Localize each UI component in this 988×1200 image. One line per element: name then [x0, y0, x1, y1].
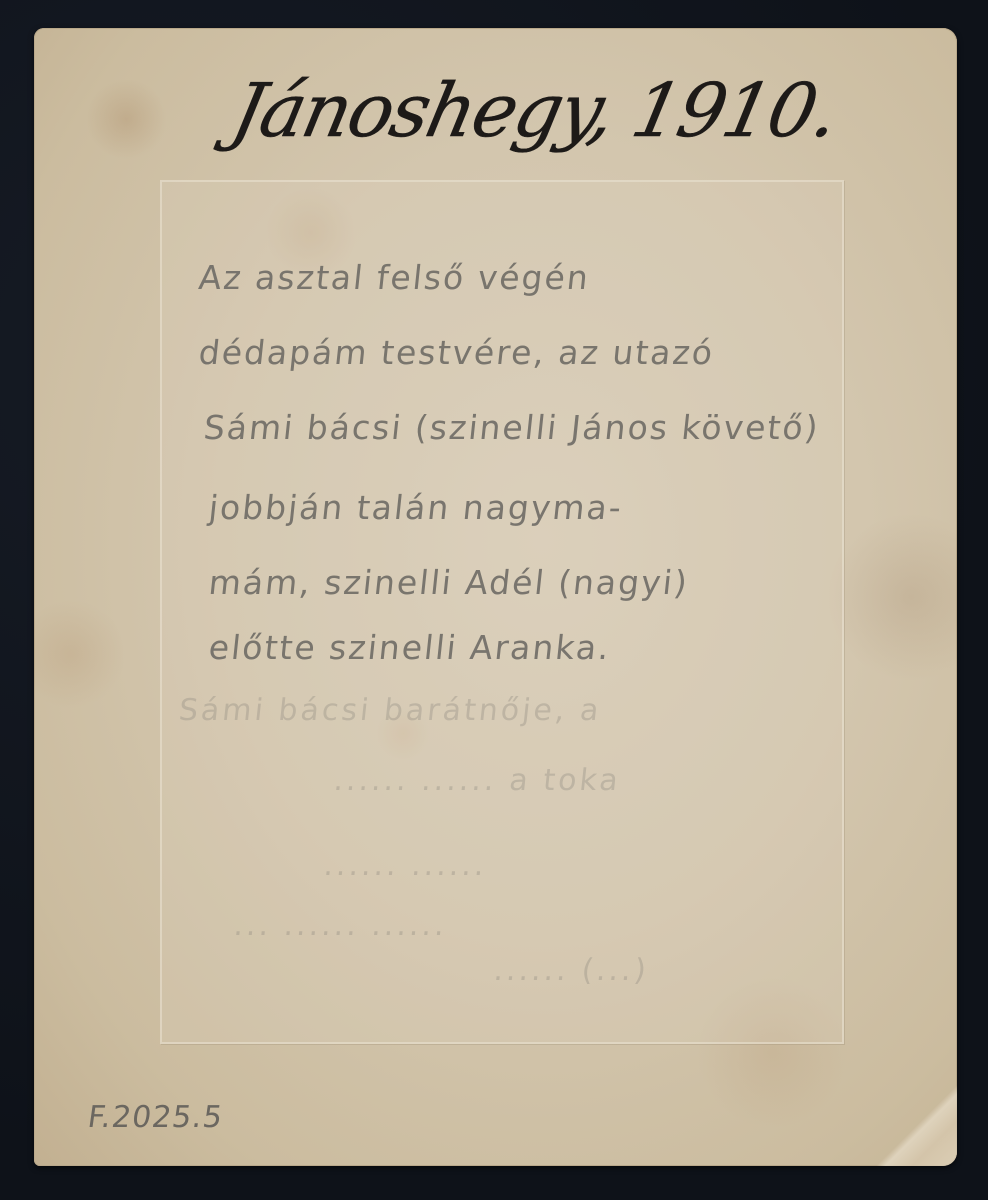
erased-note-line: ...... ...... — [322, 848, 489, 883]
worn-corner — [867, 1076, 957, 1166]
pencil-note-line: előtte szinelli Aranka. — [207, 628, 613, 667]
pencil-note-line: mám, szinelli Adél (nagyi) — [207, 563, 691, 602]
inventory-number: F.2025.5 — [86, 1100, 226, 1135]
ink-inscription: Jánoshegy, 1910. — [225, 68, 845, 154]
erased-note-line: ... ...... ...... — [232, 908, 449, 943]
pencil-note-line: dédapám testvére, az utazó — [197, 333, 716, 372]
pencil-note-line: Sámi bácsi (szinelli János követő) — [202, 408, 822, 447]
photo-card-back: Jánoshegy, 1910. Az asztal felső végén d… — [34, 28, 957, 1166]
erased-note-line: ...... ...... a toka — [332, 763, 622, 798]
pencil-note-line: jobbján talán nagyma- — [207, 488, 625, 527]
erased-note-line: ...... (...) — [492, 953, 650, 988]
pencil-note-line: Az asztal felső végén — [197, 258, 592, 297]
erased-note-line: Sámi bácsi barátnője, a — [177, 693, 603, 728]
